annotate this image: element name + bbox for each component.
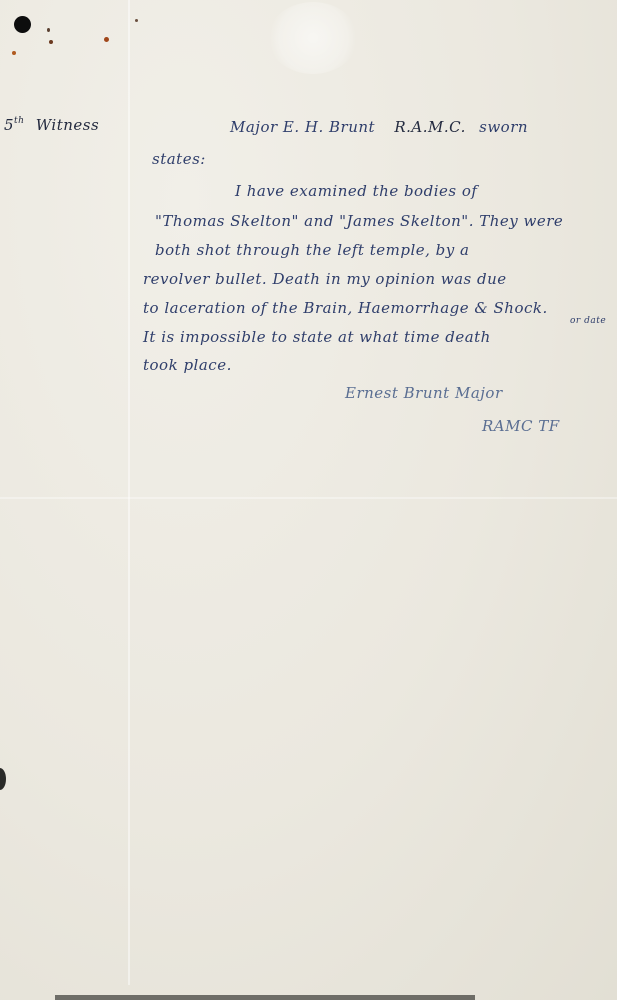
body-line-6: It is impossible to state at what time d… [143, 328, 491, 346]
witness-word: Witness [36, 116, 99, 134]
witness-unit: R.A.M.C. [394, 118, 466, 136]
heading-line: Major E. H. Brunt R.A.M.C. sworn [230, 118, 528, 136]
ink-spot [47, 28, 50, 32]
ink-spot [49, 40, 53, 44]
signature-line-2: RAMC TF [482, 417, 560, 435]
paper-sheet [0, 0, 617, 1000]
body-line-2: "Thomas Skelton" and "James Skelton". Th… [155, 212, 563, 230]
body-line-4: revolver bullet. Death in my opinion was… [143, 270, 507, 288]
rust-spot [12, 51, 16, 55]
interlinear-insertion: or date [570, 316, 606, 326]
scan-edge-strip [55, 995, 475, 1000]
body-line-5: to laceration of the Brain, Haemorrhage … [143, 299, 548, 317]
signature-line-1: Ernest Brunt Major [345, 384, 503, 402]
embossed-seal [268, 2, 358, 74]
sworn-word: sworn [479, 118, 528, 136]
rust-spot [104, 37, 109, 42]
punch-hole [14, 16, 31, 33]
witness-name: Major E. H. Brunt [230, 118, 375, 136]
ink-spot [135, 19, 138, 22]
ordinal-suffix: th [14, 116, 24, 126]
body-line-1: I have examined the bodies of [235, 182, 477, 200]
body-line-7: took place. [143, 356, 232, 374]
fold-line-vertical [128, 0, 130, 985]
states-word: states: [152, 150, 206, 168]
fold-line-horizontal [0, 497, 617, 499]
witness-number: 5 [4, 116, 14, 134]
margin-witness-label: 5th Witness [4, 116, 99, 134]
body-line-3: both shot through the left temple, by a [155, 241, 469, 259]
